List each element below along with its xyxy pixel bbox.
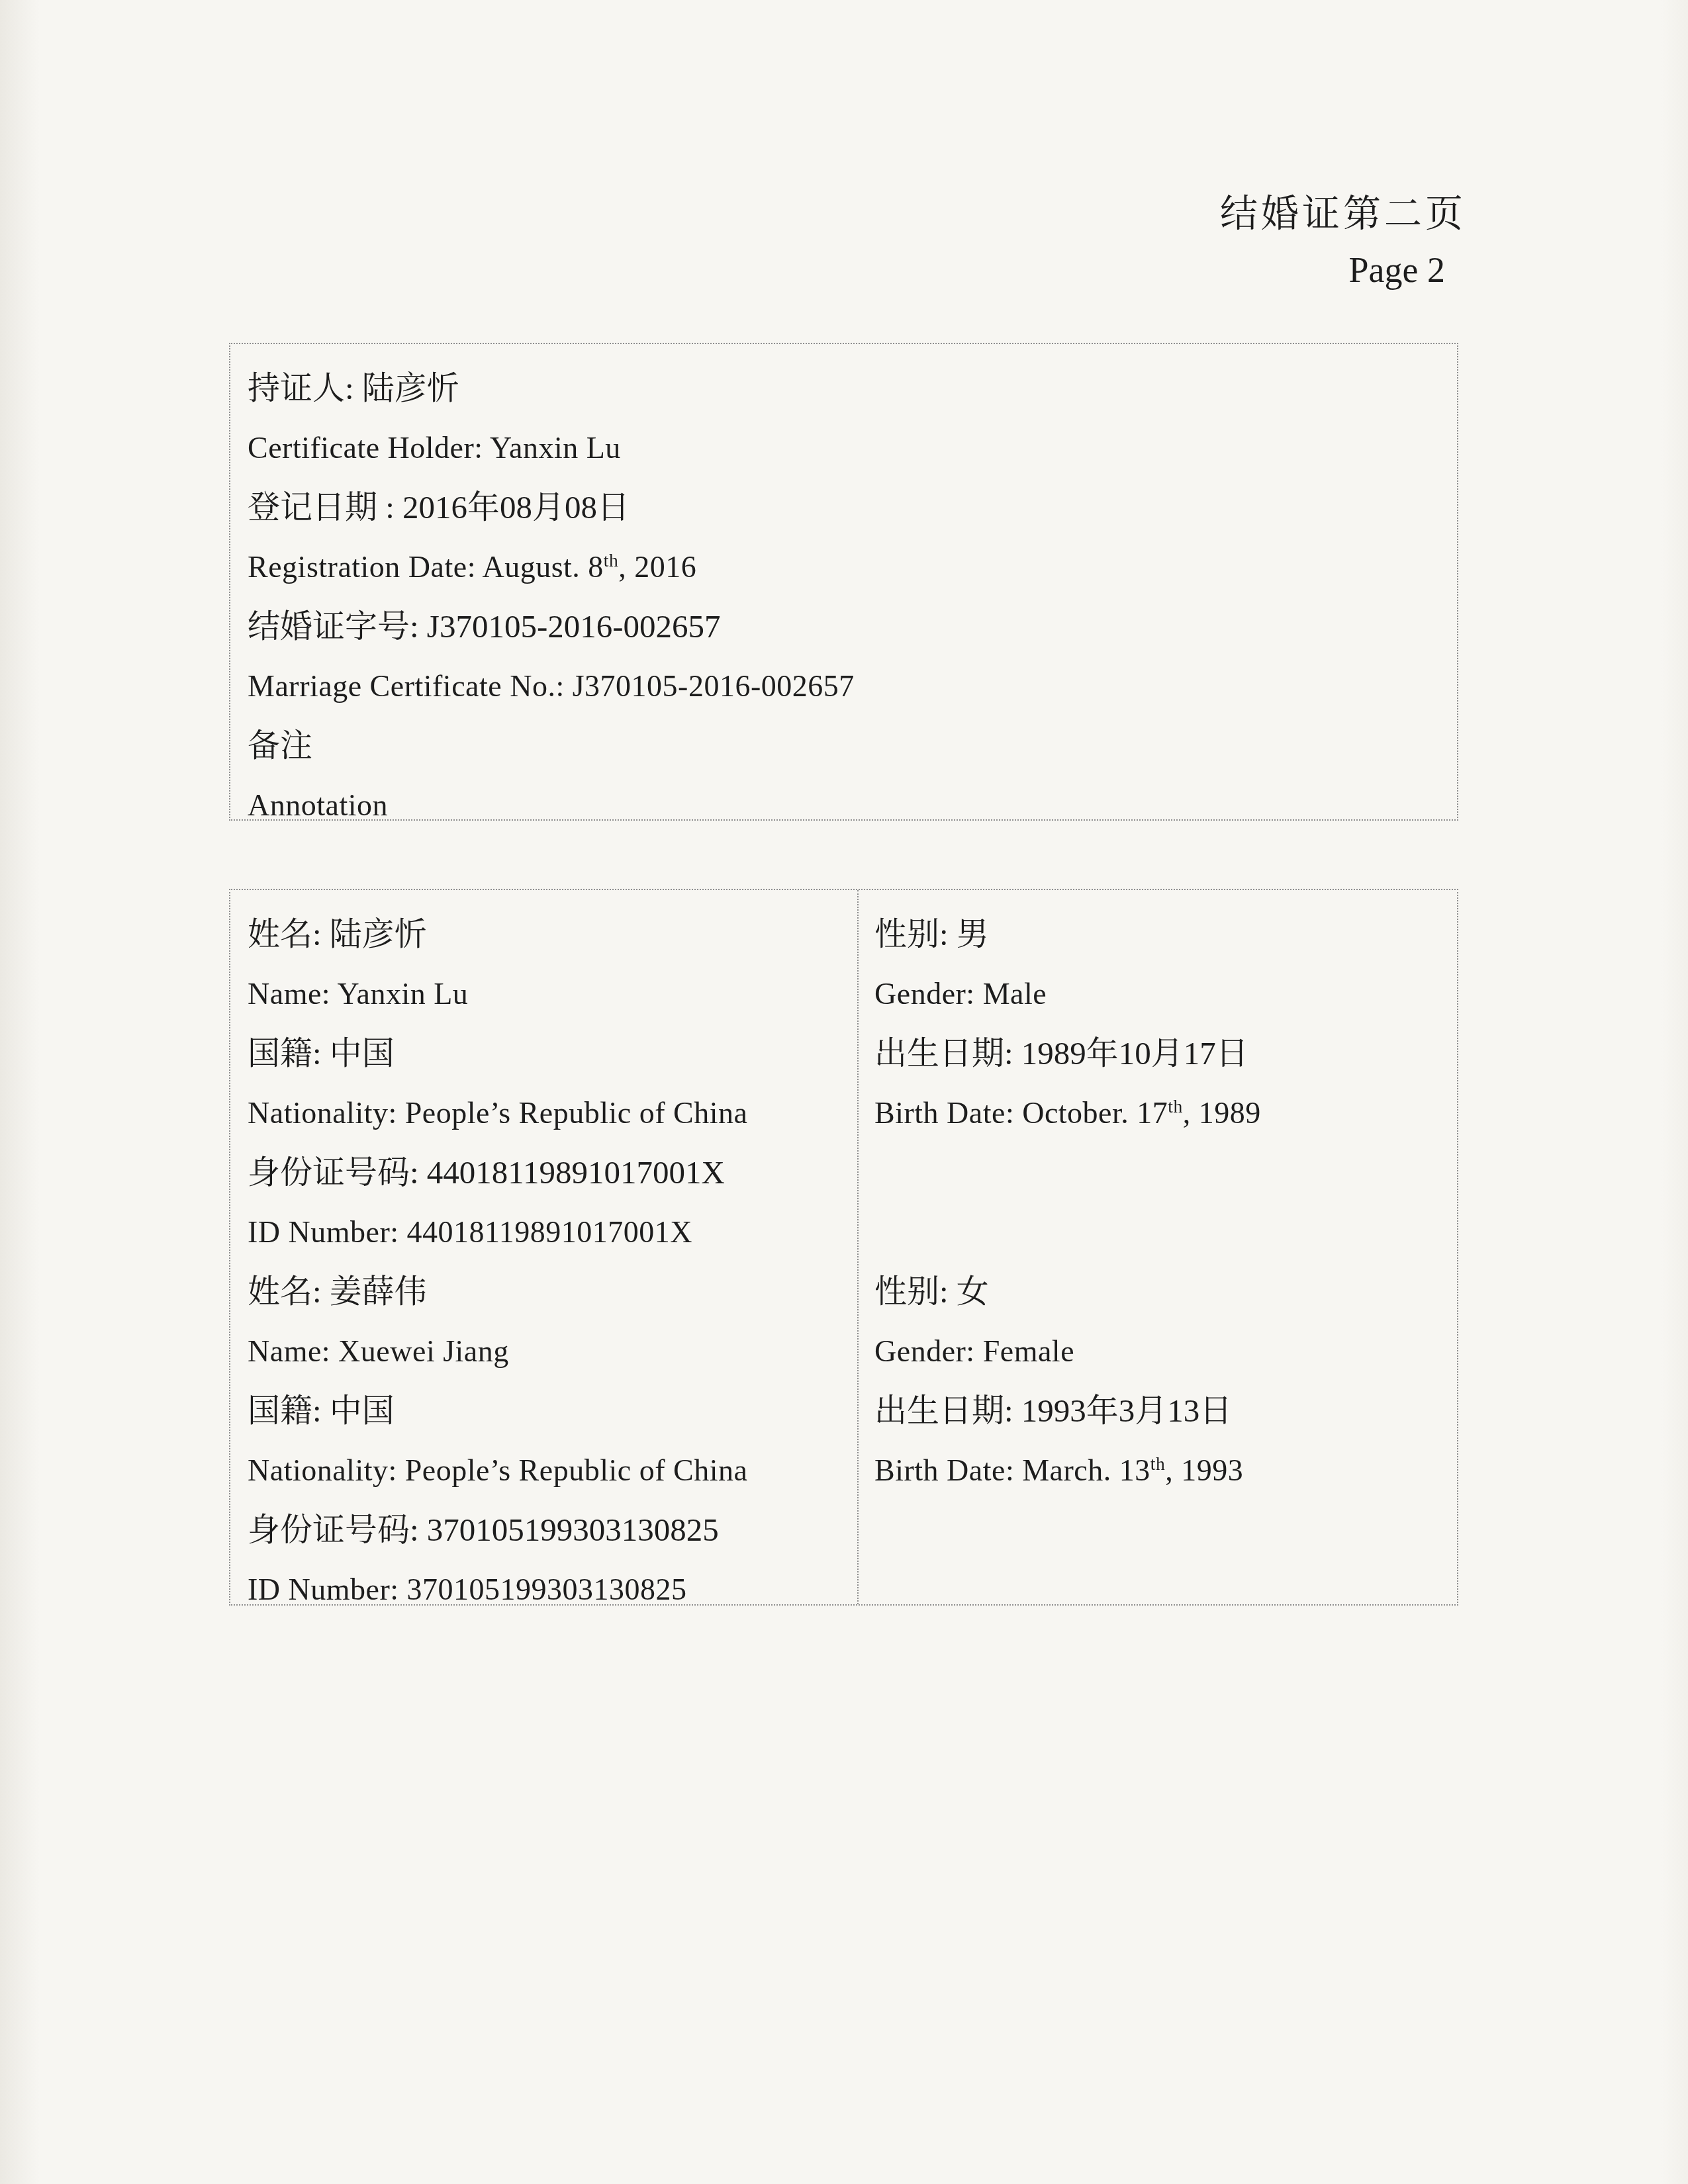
person2-birthdate-line-cn: 出生日期: 1993年3月13日 [874, 1381, 1457, 1441]
person1-birthdate-year: , 1989 [1183, 1096, 1261, 1130]
person1-birthdate-line-cn: 出生日期: 1989年10月17日 [874, 1024, 1457, 1083]
person1-name-line-en: Name: Yanxin Lu [248, 964, 857, 1024]
registration-date-line-cn: 登记日期 : 2016年08月08日 [248, 478, 1457, 537]
person1-nationality-line-cn: 国籍: 中国 [248, 1024, 857, 1083]
person2-birthdate-year: , 1993 [1165, 1453, 1243, 1487]
person2-gender-line-cn: 性别: 女 [874, 1262, 1457, 1322]
person2-gender-line-en: Gender: Female [874, 1322, 1457, 1381]
person1-gender-line-en: Gender: Male [874, 964, 1457, 1024]
person1-nationality-line-en: Nationality: People’s Republic of China [248, 1083, 857, 1143]
page-title-chinese: 结婚证第二页 [1220, 191, 1466, 238]
page-number-label: Page 2 [1220, 249, 1466, 291]
certificate-number-line-en: Marriage Certificate No.: J370105-2016-0… [248, 657, 1457, 716]
person2-id-line-en: ID Number: 370105199303130825 [248, 1560, 857, 1619]
certificate-holder-line-en: Certificate Holder: Yanxin Lu [248, 418, 1457, 478]
page-header: 结婚证第二页 Page 2 [1220, 191, 1466, 291]
person1-gender-line-cn: 性别: 男 [874, 905, 1457, 964]
person2-birthdate-line-en: Birth Date: March. 13th, 1993 [874, 1441, 1457, 1500]
registration-date-line-en: Registration Date: August. 8th, 2016 [248, 537, 1457, 597]
certificate-holder-line-cn: 持证人: 陆彦忻 [248, 359, 1457, 418]
person1-birthdate-text: Birth Date: October. 17 [874, 1096, 1168, 1130]
certificate-info-box: 持证人: 陆彦忻 Certificate Holder: Yanxin Lu 登… [229, 343, 1458, 821]
person1-birthdate-line-en: Birth Date: October. 17th, 1989 [874, 1083, 1457, 1143]
registration-date-ordinal: th [604, 550, 618, 570]
person1-birthdate-ordinal: th [1168, 1096, 1182, 1116]
person1-id-line-cn: 身份证号码: 44018119891017001X [248, 1143, 857, 1203]
persons-box-right-column: 性别: 男 Gender: Male 出生日期: 1989年10月17日 Bir… [857, 890, 1457, 1604]
certificate-number-line-cn: 结婚证字号: J370105-2016-002657 [248, 597, 1457, 657]
person2-birthdate-ordinal: th [1150, 1453, 1165, 1474]
person2-name-line-cn: 姓名: 姜薛伟 [248, 1262, 857, 1322]
person1-id-line-en: ID Number: 44018119891017001X [248, 1203, 857, 1262]
spacer-row [874, 1143, 1457, 1203]
person2-nationality-line-cn: 国籍: 中国 [248, 1381, 857, 1441]
registration-date-year: , 2016 [618, 550, 696, 584]
registration-date-text: Registration Date: August. 8 [248, 550, 604, 584]
person2-name-line-en: Name: Xuewei Jiang [248, 1322, 857, 1381]
annotation-label-en: Annotation [248, 776, 1457, 835]
persons-info-box: 姓名: 陆彦忻 Name: Yanxin Lu 国籍: 中国 Nationali… [229, 889, 1458, 1606]
persons-box-left-column: 姓名: 陆彦忻 Name: Yanxin Lu 国籍: 中国 Nationali… [230, 890, 857, 1604]
spacer-row [874, 1203, 1457, 1262]
person2-birthdate-text: Birth Date: March. 13 [874, 1453, 1150, 1487]
person1-name-line-cn: 姓名: 陆彦忻 [248, 905, 857, 964]
person2-nationality-line-en: Nationality: People’s Republic of China [248, 1441, 857, 1500]
person2-id-line-cn: 身份证号码: 370105199303130825 [248, 1500, 857, 1560]
annotation-label-cn: 备注 [248, 716, 1457, 776]
